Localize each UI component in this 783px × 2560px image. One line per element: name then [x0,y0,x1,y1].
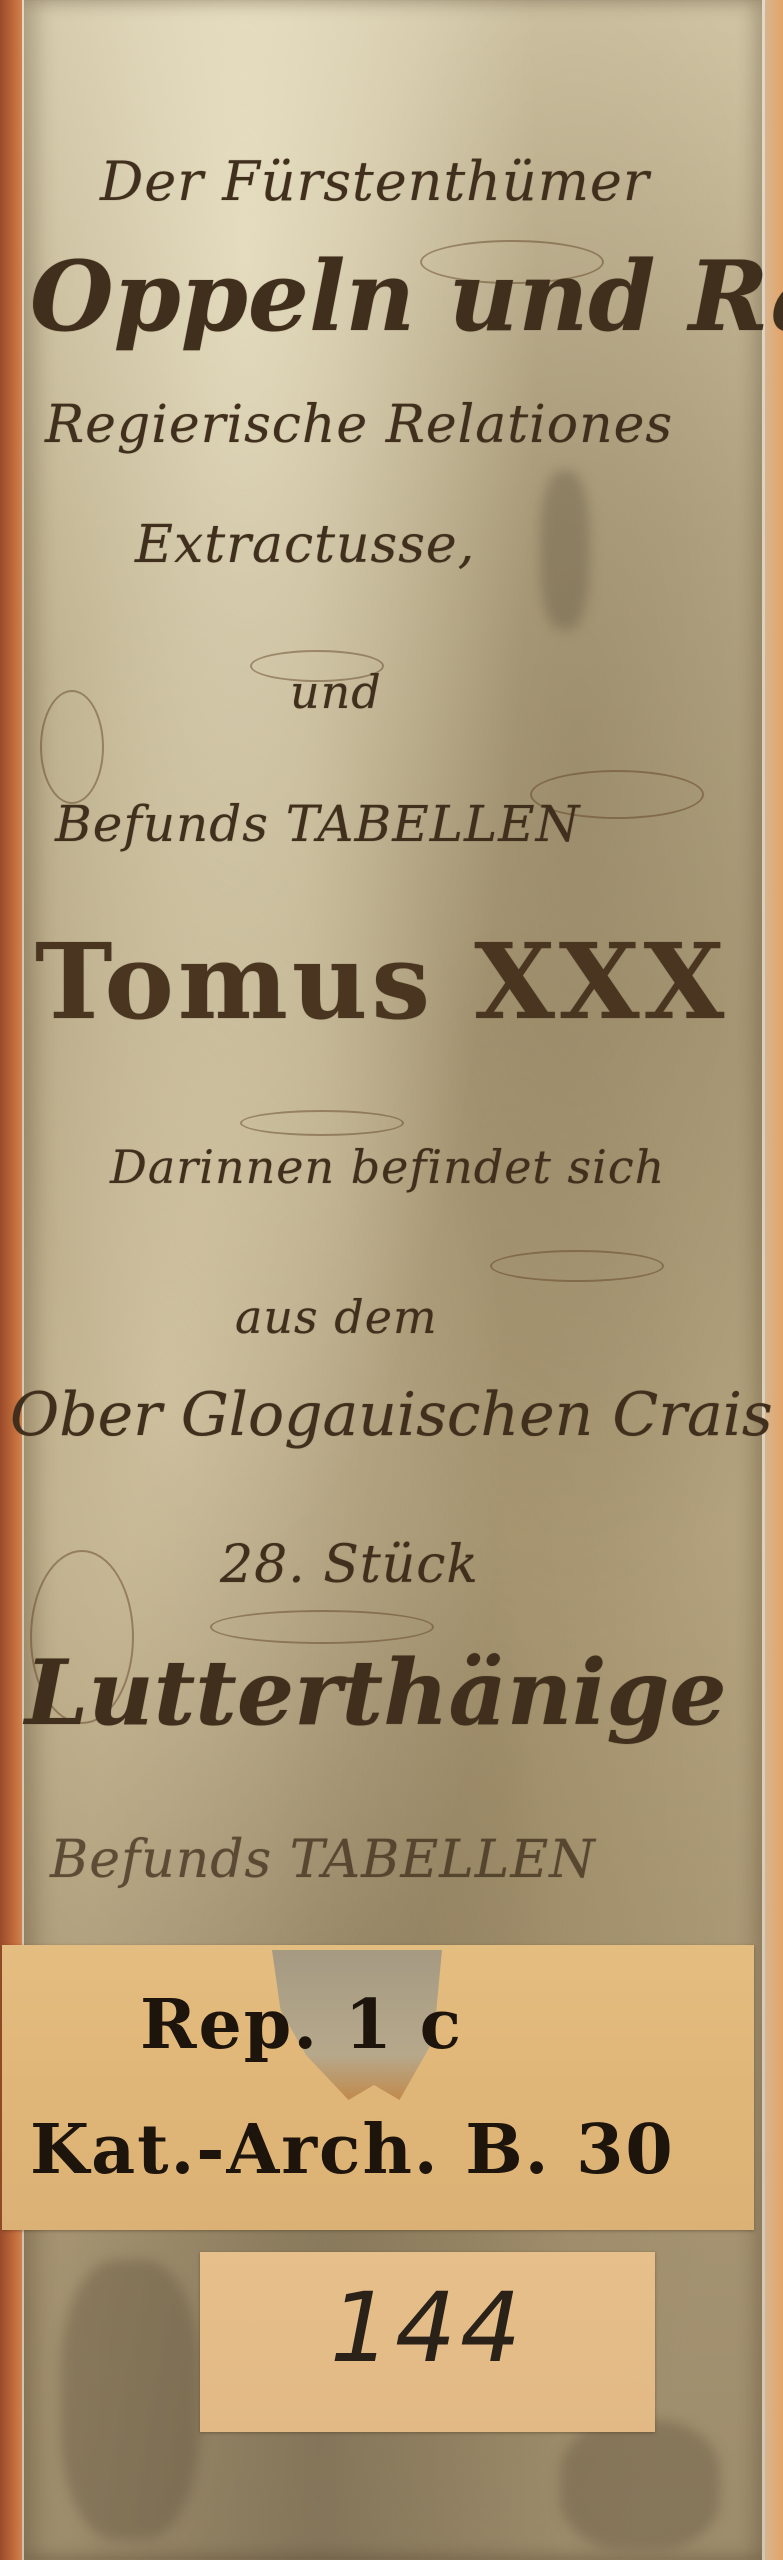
spine-line-12: Lutterthänige [25,1640,743,1746]
spine-line-9: aus dem [235,1290,743,1344]
spine-line-7: Tomus XXX [35,920,743,1043]
number-label: 144 [200,2252,655,2432]
spine-line-5: und [290,665,743,719]
spine-line-8: Darinnen befindet sich [110,1140,743,1194]
stain [60,2260,200,2540]
spine-line-4: Extractusse, [135,515,743,575]
spine-line-2: Oppeln und Rattibor [30,240,743,353]
shelf-label-line-1: Rep. 1 c [140,1985,463,2065]
shelf-label-line-2: Kat.-Arch. B. 30 [30,2110,675,2190]
stain [560,2420,720,2550]
spine-line-11: 28. Stück [220,1535,743,1595]
spine-line-1: Der Fürstenthümer [100,150,743,213]
spine-line-10: Ober Glogauischen Crais [10,1380,743,1450]
spine-line-13: Befunds TABELLEN [50,1830,743,1890]
spine-line-3: Regierische Relationes [45,395,743,455]
spine-line-6: Befunds TABELLEN [55,795,743,853]
number-label-value: 144 [200,2272,655,2384]
